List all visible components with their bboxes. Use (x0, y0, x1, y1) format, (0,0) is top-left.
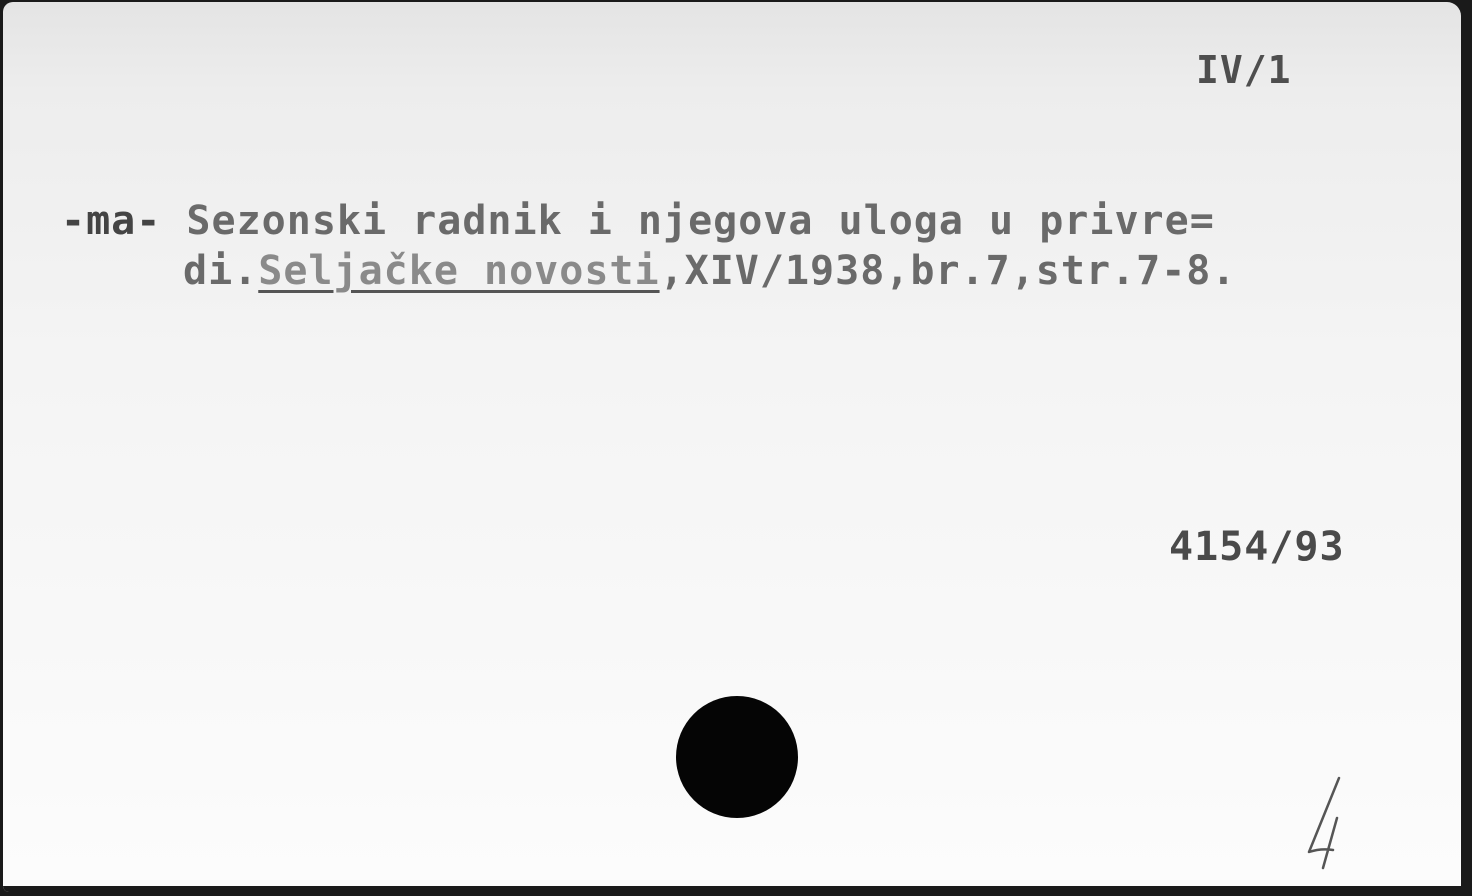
author-marker: -ma- (61, 198, 161, 244)
accession-number: 4154/93 (1169, 524, 1345, 570)
punch-hole (676, 696, 798, 818)
entry-line-2: di.Seljačke novosti,XIV/1938,br.7,str.7-… (183, 248, 1236, 294)
citation-details: ,XIV/1938,br.7,str.7-8. (660, 248, 1237, 294)
article-title: Sezonski radnik i njegova uloga u privre… (186, 198, 1214, 244)
classification-code: IV/1 (1196, 48, 1292, 92)
handwritten-mark (1305, 774, 1355, 874)
article-title-continued: di. (183, 248, 258, 294)
catalog-card: IV/1 -ma- Sezonski radnik i njegova ulog… (3, 2, 1461, 892)
handwritten-four-icon (1305, 774, 1355, 874)
entry-line-1: -ma- Sezonski radnik i njegova uloga u p… (61, 198, 1215, 244)
journal-title: Seljačke novosti (258, 248, 659, 294)
